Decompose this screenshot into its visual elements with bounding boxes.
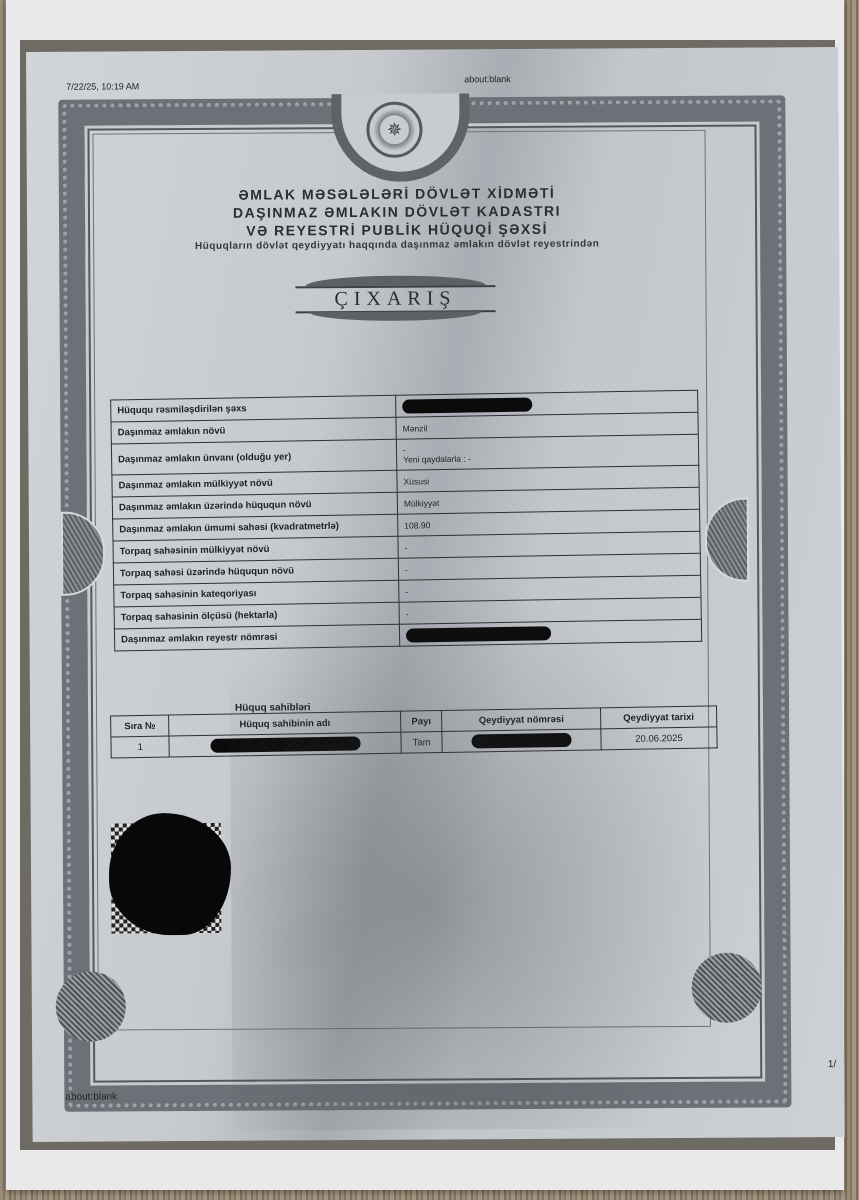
heading-ornament-bottom xyxy=(310,311,482,321)
info-value: -Yeni qaydalarla : - xyxy=(396,434,698,470)
printed-certificate-page: 7/22/25, 10:19 AM about:blank ✵ ƏMLAK MƏ… xyxy=(26,47,845,1142)
redaction-mark xyxy=(210,736,360,752)
owners-column-header: Qeydiyyat tarixi xyxy=(600,706,716,729)
corner-ornament-bottom-right-icon xyxy=(692,953,762,1023)
coat-of-arms-icon: ✵ xyxy=(366,102,422,158)
owners-column-header: Qeydiyyat nömrəsi xyxy=(442,708,601,732)
owners-column-header: Payı xyxy=(400,710,442,732)
corner-ornament-bottom-left-icon xyxy=(56,971,126,1041)
info-value xyxy=(399,619,701,646)
redaction-mark xyxy=(402,397,532,413)
info-label: Daşınmaz əmlakın ünvanı (olduğu yer) xyxy=(111,439,396,475)
owners-cell-no: 1 xyxy=(111,736,170,758)
redaction-mark xyxy=(472,733,572,749)
print-footer-page: 1/ xyxy=(828,1059,836,1070)
print-footer-url: about:blank xyxy=(65,1091,117,1102)
qr-redaction-mark xyxy=(109,813,232,936)
print-header-datetime: 7/22/25, 10:19 AM xyxy=(66,81,139,91)
owners-cell-share: Tam xyxy=(401,731,443,753)
owners-cell-reg-no xyxy=(442,729,601,753)
owners-column-header: Sıra № xyxy=(111,715,170,737)
print-header-url: about:blank xyxy=(464,74,511,84)
owners-cell-reg-date: 20.06.2025 xyxy=(601,727,717,750)
heading-text: ÇIXARIŞ xyxy=(295,287,495,311)
property-info-table: Hüququ rəsmiləşdirilən şəxsDaşınmaz əmla… xyxy=(110,390,702,652)
document-heading: ÇIXARIŞ xyxy=(295,271,495,322)
info-label: Daşınmaz əmlakın reyestr nömrəsi xyxy=(114,624,399,651)
redaction-mark xyxy=(406,626,551,642)
owners-cell-name xyxy=(169,732,401,757)
